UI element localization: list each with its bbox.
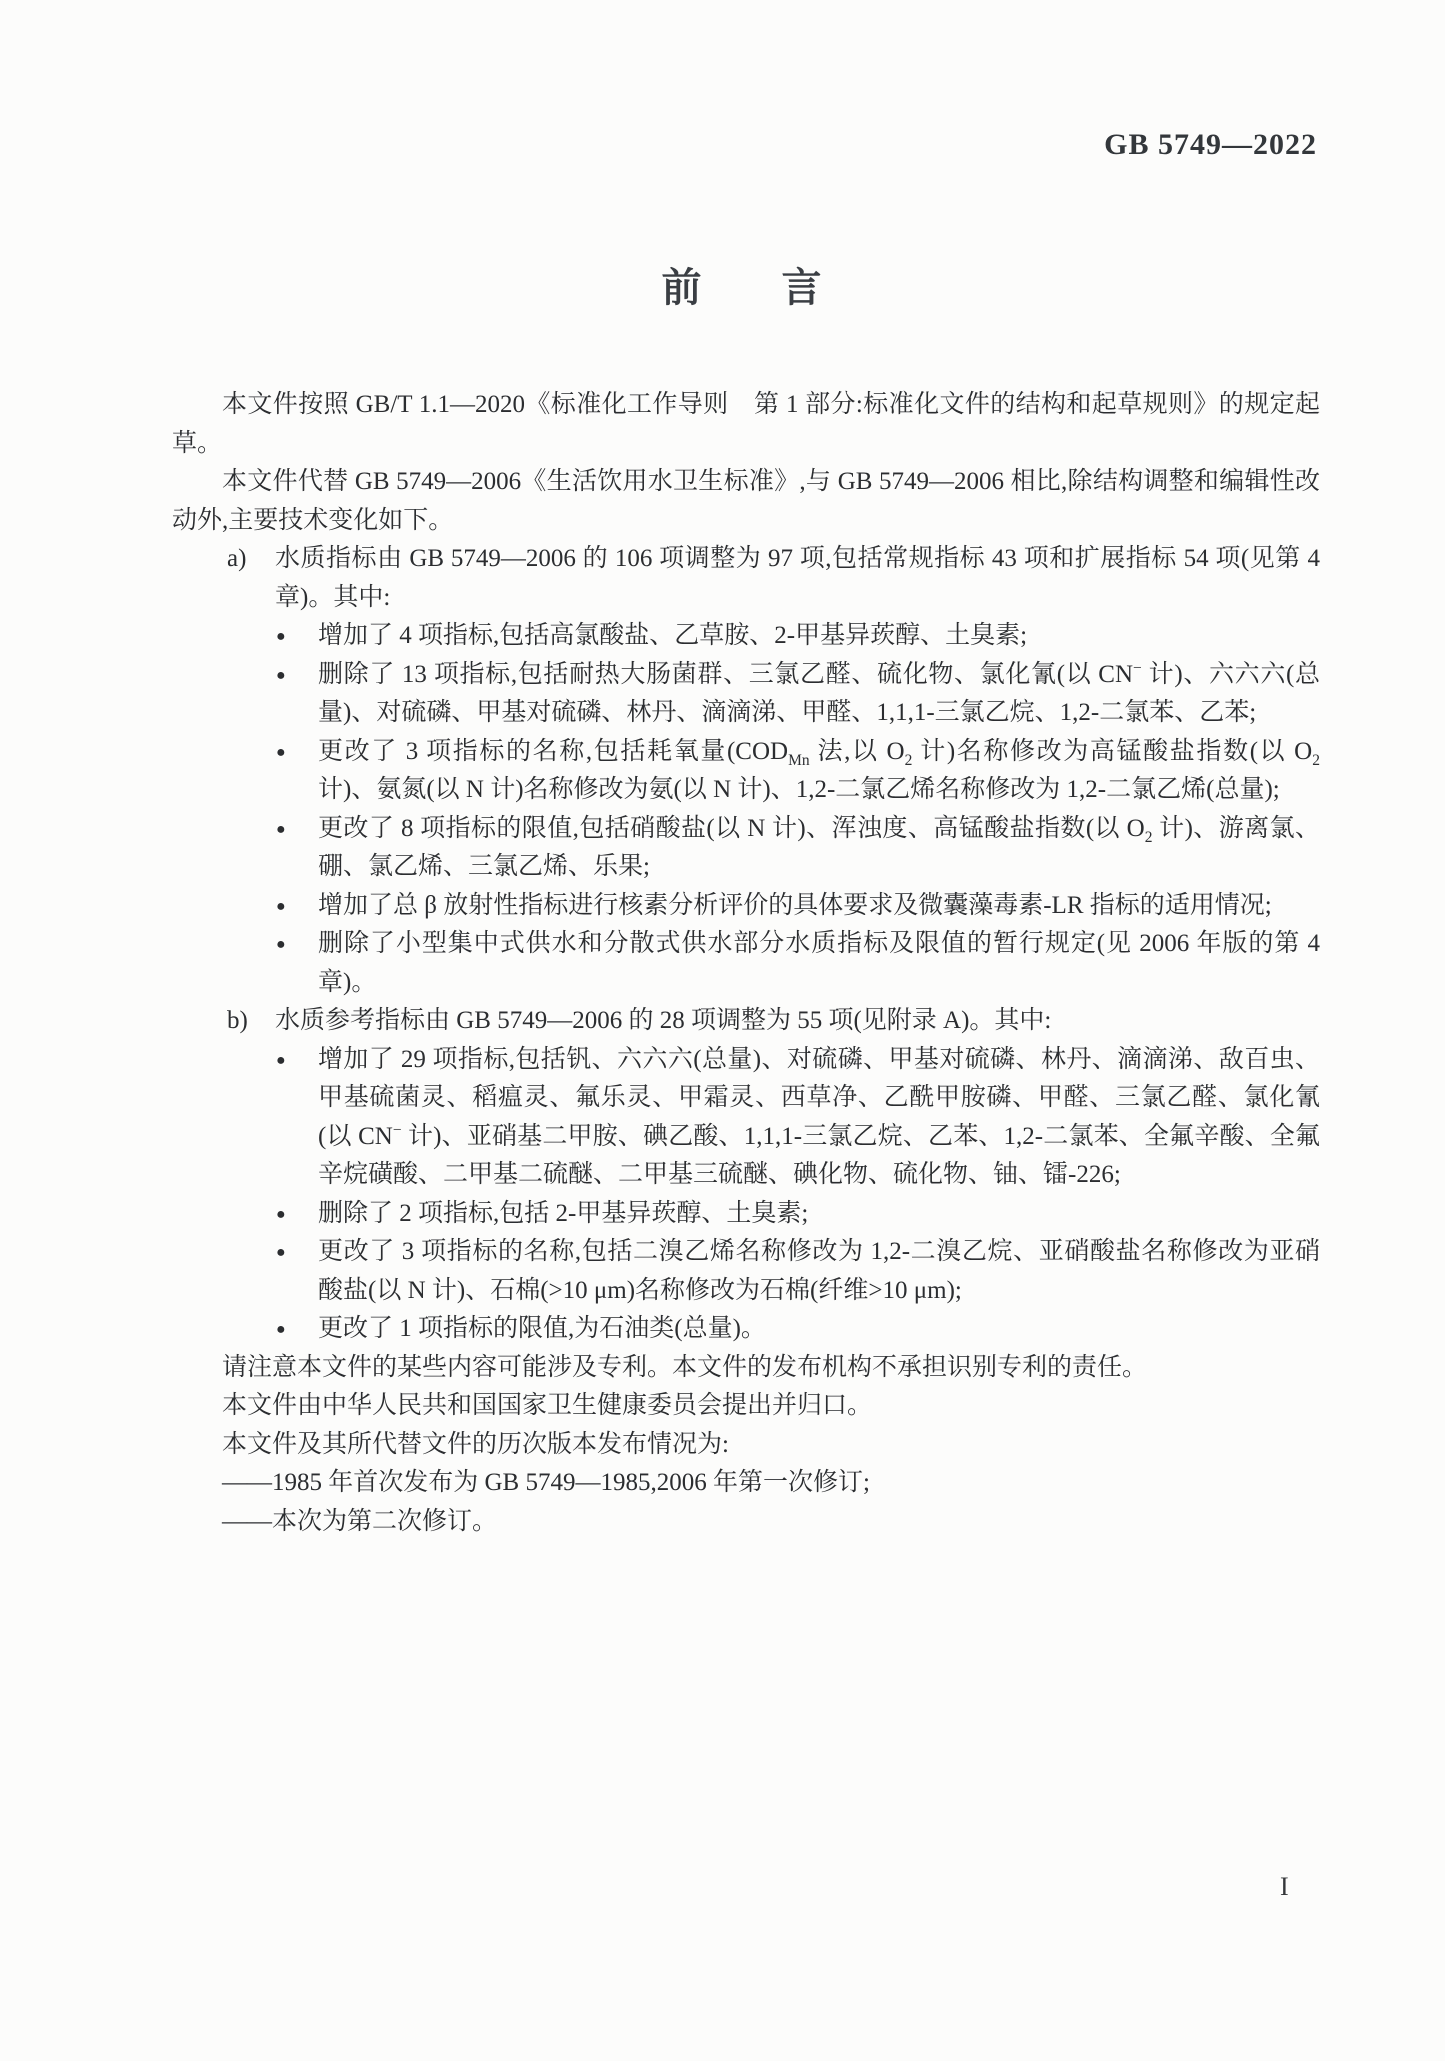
bullet-icon: ● [276, 811, 286, 850]
bullet-icon: ● [276, 888, 286, 927]
list-item-alpha: b) 水质参考指标由 GB 5749—2006 的 28 项调整为 55 项(见… [172, 1002, 1320, 1041]
bullet-list-item: ● 增加了 29 项指标,包括钒、六六六(总量)、对硫磷、甲基对硫磷、林丹、滴滴… [172, 1041, 1320, 1195]
bullet-list-item: ● 更改了 3 项指标的名称,包括二溴乙烯名称修改为 1,2-二溴乙烷、亚硝酸盐… [172, 1233, 1320, 1310]
bullet-icon: ● [276, 734, 286, 773]
bullet-icon: ● [276, 1042, 286, 1081]
bullet-list-item: ● 删除了 2 项指标,包括 2-甲基异莰醇、土臭素; [172, 1195, 1320, 1234]
bullet-item-text: 删除了小型集中式供水和分散式供水部分水质指标及限值的暂行规定(见 2006 年版… [318, 930, 1320, 996]
bullet-icon: ● [276, 618, 286, 657]
paragraph: 本文件代替 GB 5749—2006《生活饮用水卫生标准》,与 GB 5749—… [172, 463, 1320, 540]
bullet-item-text: 增加了总 β 放射性指标进行核素分析评价的具体要求及微囊藻毒素-LR 指标的适用… [318, 892, 1272, 919]
list-item-marker: b) [227, 1002, 248, 1041]
bullet-item-text: 更改了 3 项指标的名称,包括耗氧量(CODMn 法,以 O2 计)名称修改为高… [318, 738, 1320, 804]
bullet-icon: ● [276, 926, 286, 965]
document-page: GB 5749—2022 前 言 本文件按照 GB/T 1.1—2020《标准化… [0, 0, 1445, 2061]
bullet-list-item: ● 删除了 13 项指标,包括耐热大肠菌群、三氯乙醛、硫化物、氯化氰(以 CN−… [172, 656, 1320, 733]
bullet-item-text: 更改了 3 项指标的名称,包括二溴乙烯名称修改为 1,2-二溴乙烷、亚硝酸盐名称… [318, 1238, 1320, 1304]
foreword-content: 本文件按照 GB/T 1.1—2020《标准化工作导则 第 1 部分:标准化文件… [172, 386, 1320, 1541]
bullet-icon: ● [276, 1311, 286, 1350]
list-item-marker: a) [227, 540, 246, 579]
page-title: 前 言 [0, 256, 1445, 313]
bullet-list-item: ● 更改了 3 项指标的名称,包括耗氧量(CODMn 法,以 O2 计)名称修改… [172, 733, 1320, 810]
paragraph: 请注意本文件的某些内容可能涉及专利。本文件的发布机构不承担识别专利的责任。 [172, 1349, 1320, 1388]
bullet-item-text: 删除了 13 项指标,包括耐热大肠菌群、三氯乙醛、硫化物、氯化氰(以 CN− 计… [318, 661, 1320, 727]
paragraph: ——1985 年首次发布为 GB 5749—1985,2006 年第一次修订; [172, 1464, 1320, 1503]
paragraph: 本文件由中华人民共和国国家卫生健康委员会提出并归口。 [172, 1387, 1320, 1426]
page-number: I [1280, 1872, 1289, 1902]
paragraph: 本文件按照 GB/T 1.1—2020《标准化工作导则 第 1 部分:标准化文件… [172, 386, 1320, 463]
bullet-icon: ● [276, 1196, 286, 1235]
bullet-list-item: ● 删除了小型集中式供水和分散式供水部分水质指标及限值的暂行规定(见 2006 … [172, 925, 1320, 1002]
bullet-item-text: 删除了 2 项指标,包括 2-甲基异莰醇、土臭素; [318, 1200, 808, 1227]
bullet-item-text: 增加了 4 项指标,包括高氯酸盐、乙草胺、2-甲基异莰醇、土臭素; [318, 622, 1027, 649]
paragraph: ——本次为第二次修订。 [172, 1503, 1320, 1542]
standard-code: GB 5749—2022 [1104, 128, 1317, 162]
list-item-text: 水质参考指标由 GB 5749—2006 的 28 项调整为 55 项(见附录 … [275, 1007, 1051, 1034]
bullet-list-item: ● 更改了 1 项指标的限值,为石油类(总量)。 [172, 1310, 1320, 1349]
bullet-item-text: 增加了 29 项指标,包括钒、六六六(总量)、对硫磷、甲基对硫磷、林丹、滴滴涕、… [318, 1046, 1320, 1189]
bullet-icon: ● [276, 1234, 286, 1273]
list-item-text: 水质指标由 GB 5749—2006 的 106 项调整为 97 项,包括常规指… [275, 545, 1320, 611]
bullet-item-text: 更改了 8 项指标的限值,包括硝酸盐(以 N 计)、浑浊度、高锰酸盐指数(以 O… [318, 815, 1320, 881]
bullet-item-text: 更改了 1 项指标的限值,为石油类(总量)。 [318, 1315, 766, 1342]
list-item-alpha: a) 水质指标由 GB 5749—2006 的 106 项调整为 97 项,包括… [172, 540, 1320, 617]
bullet-list-item: ● 增加了总 β 放射性指标进行核素分析评价的具体要求及微囊藻毒素-LR 指标的… [172, 887, 1320, 926]
bullet-list-item: ● 增加了 4 项指标,包括高氯酸盐、乙草胺、2-甲基异莰醇、土臭素; [172, 617, 1320, 656]
bullet-list-item: ● 更改了 8 项指标的限值,包括硝酸盐(以 N 计)、浑浊度、高锰酸盐指数(以… [172, 810, 1320, 887]
bullet-icon: ● [276, 657, 286, 696]
paragraph: 本文件及其所代替文件的历次版本发布情况为: [172, 1426, 1320, 1465]
